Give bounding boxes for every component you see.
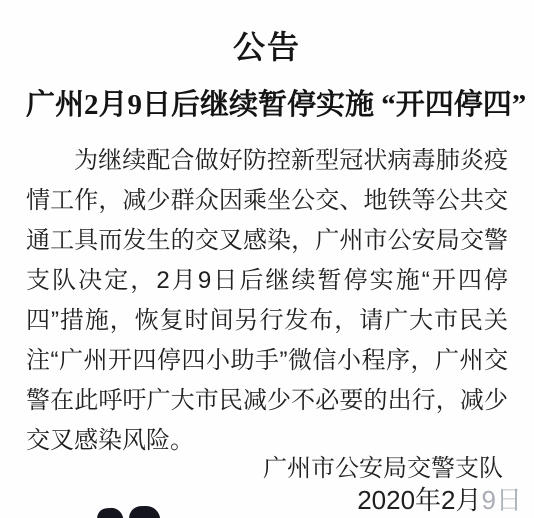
issue-date-prefix: 2020年2月 [357,485,481,515]
announcement-subtitle: 广州2月9日后继续暂停实施 “开四停四” [26,88,508,123]
issue-date-faded-suffix: 9日 [482,485,522,515]
issue-date: 2020年2月9日 [0,485,534,518]
announcement-body-paragraph: 为继续配合做好防控新型冠状病毒肺炎疫情工作，减少群众因乘坐公交、地铁等公共交通工… [26,141,508,461]
announcement-page: 公告 广州2月9日后继续暂停实施 “开四停四” 为继续配合做好防控新型冠状病毒肺… [0,0,534,518]
signature-block: 广州市公安局交警支队 2020年2月9日 [0,452,534,518]
page-title: 公告 [26,0,508,68]
issuing-authority-signature: 广州市公安局交警支队 [0,452,534,485]
